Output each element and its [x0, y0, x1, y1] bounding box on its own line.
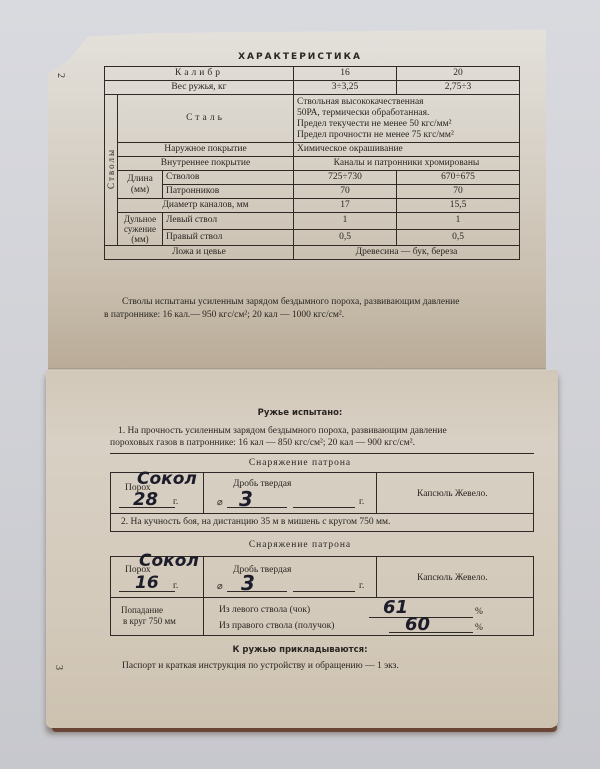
cartridge-title-1: Снаряжение патрона	[0, 458, 600, 468]
page-title: ХАРАКТЕРИСТИКА	[0, 52, 600, 62]
left-16: 1	[294, 213, 397, 230]
stock-label: Ложа и цевье	[105, 246, 294, 260]
diameter-icon: ⌀	[217, 581, 223, 592]
right-20: 0,5	[397, 229, 520, 246]
choke-label: Дульное сужение (мм)	[118, 213, 163, 246]
bore-label: Диаметр каналов, мм	[118, 199, 294, 213]
right-barrel-label: Правый ствол	[163, 229, 294, 246]
barrels-20: 670÷675	[397, 171, 520, 185]
barrels-group: Стволы	[105, 95, 118, 246]
chambers-16: 70	[294, 185, 397, 199]
primer-label: Капсюль Жевело.	[417, 573, 488, 583]
cartridge-block-1: Порох Сокол 28 г. Дробь твердая ⌀ 3 г. К…	[110, 472, 534, 532]
caliber-16: 16	[294, 67, 397, 81]
bore-16: 17	[294, 199, 397, 213]
steel-label: Сталь	[118, 95, 294, 143]
right-16: 0,5	[294, 229, 397, 246]
caliber-20: 20	[397, 67, 520, 81]
test1-line2: пороховых газов в патроннике: 16 кал — 8…	[110, 437, 415, 450]
chambers-20: 70	[397, 185, 520, 199]
stock-value: Древесина — бук, береза	[294, 246, 520, 260]
inner-coating-value: Каналы и патронники хромированы	[294, 157, 520, 171]
left-barrel-label: Из левого ствола (чок)	[219, 605, 310, 615]
test-note-line1: Стволы испытаны усиленным зарядом бездым…	[122, 296, 459, 309]
right-barrel-label: Из правого ствола (получок)	[219, 621, 334, 631]
cartridge-block-2: Порох Сокол 16 г. Дробь твердая ⌀ 3 г. К…	[110, 556, 534, 636]
inner-coating-label: Внутреннее покрытие	[118, 157, 294, 171]
powder-grams-handwritten: 16	[135, 573, 159, 593]
test-note-line2: в патроннике: 16 кал.— 950 кгс/см²; 20 к…	[104, 309, 344, 322]
test2-line: 2. На кучность боя, на дистанцию 35 м в …	[121, 517, 390, 527]
diameter-icon: ⌀	[217, 497, 223, 508]
steel-value: Ствольная высококачественная 50РА, терми…	[294, 95, 520, 143]
weight-20: 2,75÷3	[397, 81, 520, 95]
weight-16: 3÷3,25	[294, 81, 397, 95]
page-number-top: 2	[55, 73, 66, 78]
powder-handwritten: Сокол	[137, 469, 197, 489]
outer-coating-value: Химическое окрашивание	[294, 143, 520, 157]
left-20: 1	[397, 213, 520, 230]
hit-label-2: в круг 750 мм	[123, 616, 176, 626]
powder-handwritten: Сокол	[139, 551, 199, 571]
page-fold	[48, 368, 546, 371]
attached-heading: К ружью прикладываются:	[0, 645, 600, 655]
chambers-label: Патронников	[163, 185, 294, 199]
cartridge-title-2: Снаряжение патрона	[0, 540, 600, 550]
characteristics-table: Калибр 16 20 Вес ружья, кг 3÷3,25 2,75÷3…	[104, 66, 520, 260]
right-barrel-handwritten: 60	[405, 614, 430, 635]
powder-grams-handwritten: 28	[133, 489, 158, 510]
length-label: Длина (мм)	[118, 171, 163, 199]
tested-heading: Ружье испытано:	[0, 408, 600, 418]
outer-coating-label: Наружное покрытие	[118, 143, 294, 157]
weight-label: Вес ружья, кг	[105, 81, 294, 95]
divider	[110, 453, 534, 454]
shot-size-handwritten: 3	[239, 487, 253, 511]
primer-label: Капсюль Жевело.	[417, 489, 488, 499]
hit-label-1: Попадание	[121, 605, 163, 615]
left-barrel-label: Левый ствол	[163, 213, 294, 230]
bore-20: 15,5	[397, 199, 520, 213]
caliber-label: Калибр	[105, 67, 294, 81]
page-number-bottom: 3	[53, 665, 64, 670]
shot-size-handwritten: 3	[241, 571, 255, 595]
barrels-16: 725÷730	[294, 171, 397, 185]
barrels-label: Стволов	[163, 171, 294, 185]
attached-line: Паспорт и краткая инструкция по устройст…	[122, 660, 399, 673]
